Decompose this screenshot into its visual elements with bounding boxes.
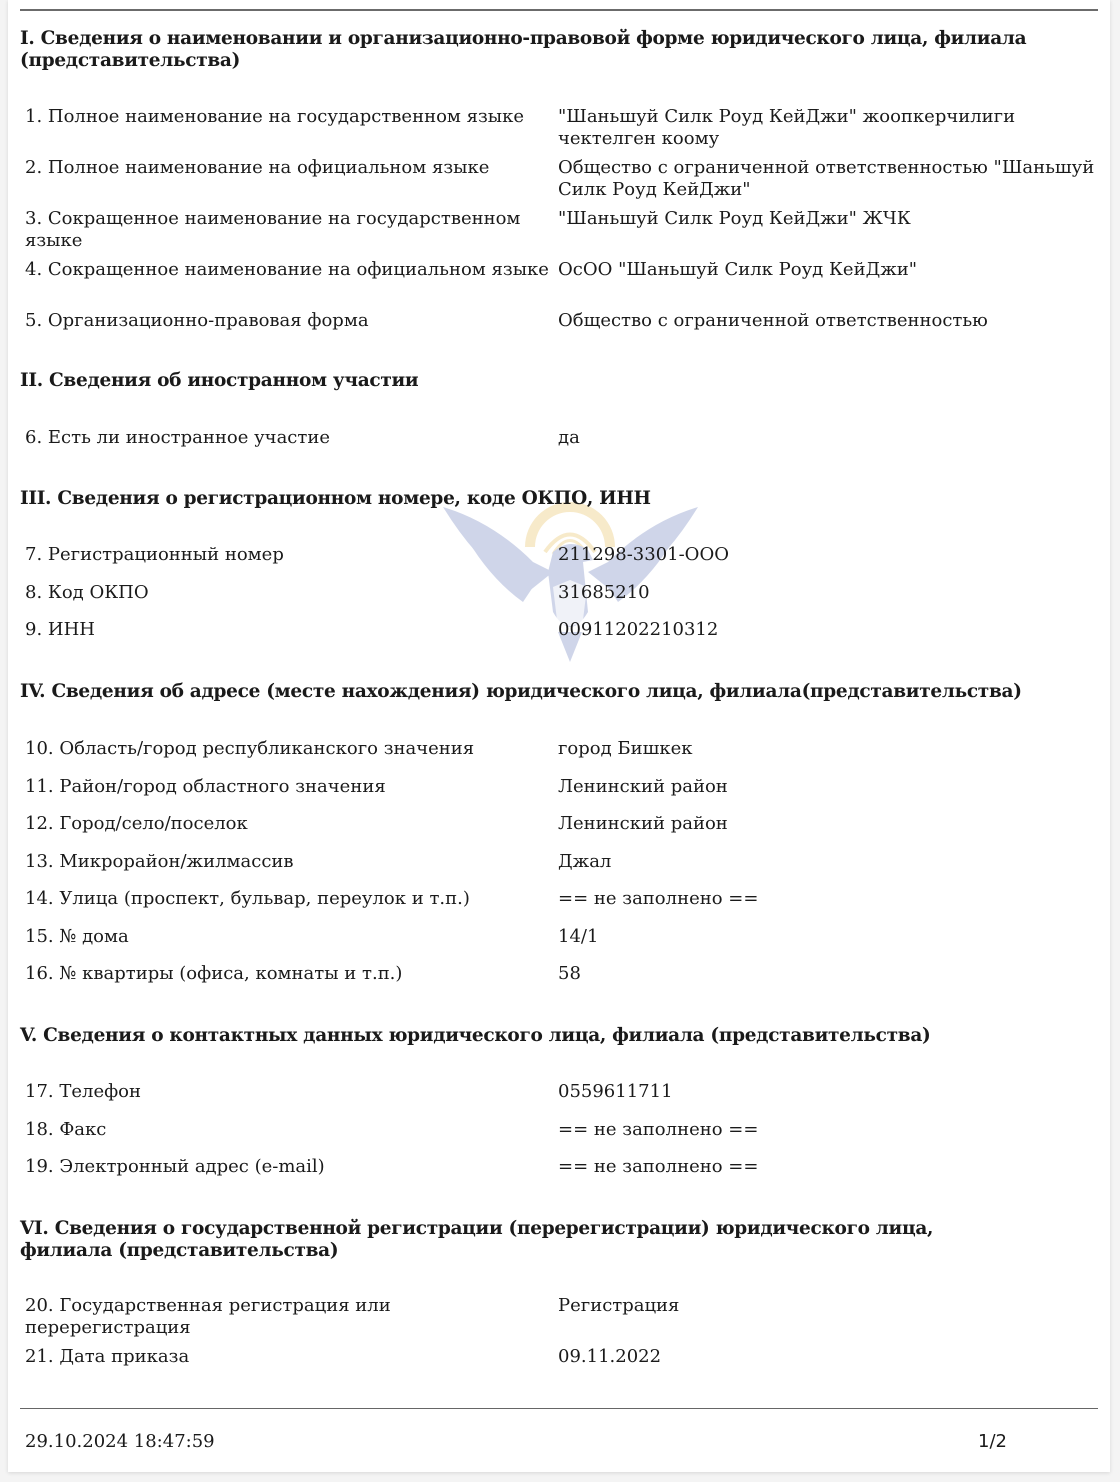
section-title: VI. Сведения о государственной регистрац…: [20, 1218, 1020, 1262]
field-value: 14/1: [558, 926, 1098, 964]
field-label: 8. Код ОКПО: [20, 582, 558, 620]
section-1-rows: 1. Полное наименование на государственно…: [20, 106, 1098, 340]
table-row: 1. Полное наименование на государственно…: [20, 106, 1098, 157]
field-label: 12. Город/село/поселок: [20, 813, 558, 851]
field-value: Джал: [558, 851, 1098, 889]
field-label: 6. Есть ли иностранное участие: [20, 427, 558, 449]
field-label: 14. Улица (проспект, бульвар, переулок и…: [20, 888, 558, 926]
table-row: 11. Район/город областного значения Лени…: [20, 776, 1098, 814]
field-label: 7. Регистрационный номер: [20, 544, 558, 582]
print-timestamp: 29.10.2024 18:47:59: [25, 1431, 215, 1452]
table-row: 18. Факс == не заполнено ==: [20, 1119, 1098, 1157]
field-value: да: [558, 427, 1098, 449]
field-value: Ленинский район: [558, 813, 1098, 851]
table-row: 13. Микрорайон/жилмассив Джал: [20, 851, 1098, 889]
table-row: 5. Организационно-правовая форма Обществ…: [20, 310, 1098, 340]
section-title: I. Сведения о наименовании и организацио…: [20, 28, 1098, 72]
field-value: Ленинский район: [558, 776, 1098, 814]
table-row: 8. Код ОКПО 31685210: [20, 582, 1098, 620]
table-row: 15. № дома 14/1: [20, 926, 1098, 964]
field-value: Общество с ограниченной ответственностью: [558, 310, 1098, 340]
field-value: 31685210: [558, 582, 1098, 620]
table-row: 6. Есть ли иностранное участие да: [20, 427, 1098, 449]
section-4-rows: 10. Область/город республиканского значе…: [20, 738, 1098, 1001]
field-label: 2. Полное наименование на официальном яз…: [20, 157, 558, 208]
field-value: 0559611711: [558, 1081, 1098, 1119]
section-title: IV. Сведения об адресе (месте нахождения…: [20, 681, 1022, 703]
section-3-rows: 7. Регистрационный номер 211298-3301-ООО…: [20, 544, 1098, 657]
table-row: 9. ИНН 00911202210312: [20, 619, 1098, 657]
top-divider: [20, 9, 1098, 11]
section-6-rows: 20. Государственная регистрация или пере…: [20, 1295, 1098, 1376]
table-row: 10. Область/город республиканского значе…: [20, 738, 1098, 776]
table-row: 7. Регистрационный номер 211298-3301-ООО: [20, 544, 1098, 582]
field-value: ОсОО "Шаньшуй Силк Роуд КейДжи": [558, 259, 1098, 310]
field-value: 09.11.2022: [558, 1346, 1098, 1376]
field-value: == не заполнено ==: [558, 888, 1098, 926]
field-label: 11. Район/город областного значения: [20, 776, 558, 814]
field-value: 58: [558, 963, 1098, 1001]
section-title: II. Сведения об иностранном участии: [20, 370, 418, 392]
field-label: 15. № дома: [20, 926, 558, 964]
field-value: "Шаньшуй Силк Роуд КейДжи" ЖЧК: [558, 208, 1098, 259]
table-row: 12. Город/село/поселок Ленинский район: [20, 813, 1098, 851]
field-label: 4. Сокращенное наименование на официальн…: [20, 259, 558, 310]
page-number: 1/2: [978, 1431, 1007, 1452]
field-label: 18. Факс: [20, 1119, 558, 1157]
field-value: "Шаньшуй Силк Роуд КейДжи" жоопкерчилиги…: [558, 106, 1098, 157]
table-row: 14. Улица (проспект, бульвар, переулок и…: [20, 888, 1098, 926]
document-page: I. Сведения о наименовании и организацио…: [8, 0, 1110, 1472]
field-label: 20. Государственная регистрация или пере…: [20, 1295, 558, 1346]
section-title: III. Сведения о регистрационном номере, …: [20, 488, 651, 510]
section-name-legal-form: I. Сведения о наименовании и организацио…: [20, 28, 1098, 72]
table-row: 21. Дата приказа 09.11.2022: [20, 1346, 1098, 1376]
table-row: 2. Полное наименование на официальном яз…: [20, 157, 1098, 208]
field-label: 13. Микрорайон/жилмассив: [20, 851, 558, 889]
section-5-rows: 17. Телефон 0559611711 18. Факс == не за…: [20, 1081, 1098, 1194]
field-label: 10. Область/город республиканского значе…: [20, 738, 558, 776]
field-value: == не заполнено ==: [558, 1119, 1098, 1157]
table-row: 20. Государственная регистрация или пере…: [20, 1295, 1098, 1346]
field-value: Регистрация: [558, 1295, 1098, 1346]
table-row: 17. Телефон 0559611711: [20, 1081, 1098, 1119]
section-title: V. Сведения о контактных данных юридичес…: [20, 1025, 930, 1047]
field-label: 19. Электронный адрес (e-mail): [20, 1156, 558, 1194]
table-row: 19. Электронный адрес (e-mail) == не зап…: [20, 1156, 1098, 1194]
field-label: 16. № квартиры (офиса, комнаты и т.п.): [20, 963, 558, 1001]
field-value: == не заполнено ==: [558, 1156, 1098, 1194]
field-value: 00911202210312: [558, 619, 1098, 657]
bottom-divider: [20, 1408, 1098, 1409]
field-value: 211298-3301-ООО: [558, 544, 1098, 582]
table-row: 4. Сокращенное наименование на официальн…: [20, 259, 1098, 310]
field-label: 17. Телефон: [20, 1081, 558, 1119]
field-label: 1. Полное наименование на государственно…: [20, 106, 558, 157]
table-row: 3. Сокращенное наименование на государст…: [20, 208, 1098, 259]
field-value: город Бишкек: [558, 738, 1098, 776]
field-value: Общество с ограниченной ответственностью…: [558, 157, 1098, 208]
table-row: 16. № квартиры (офиса, комнаты и т.п.) 5…: [20, 963, 1098, 1001]
field-label: 3. Сокращенное наименование на государст…: [20, 208, 558, 259]
field-label: 9. ИНН: [20, 619, 558, 657]
field-label: 5. Организационно-правовая форма: [20, 310, 558, 340]
field-label: 21. Дата приказа: [20, 1346, 558, 1376]
